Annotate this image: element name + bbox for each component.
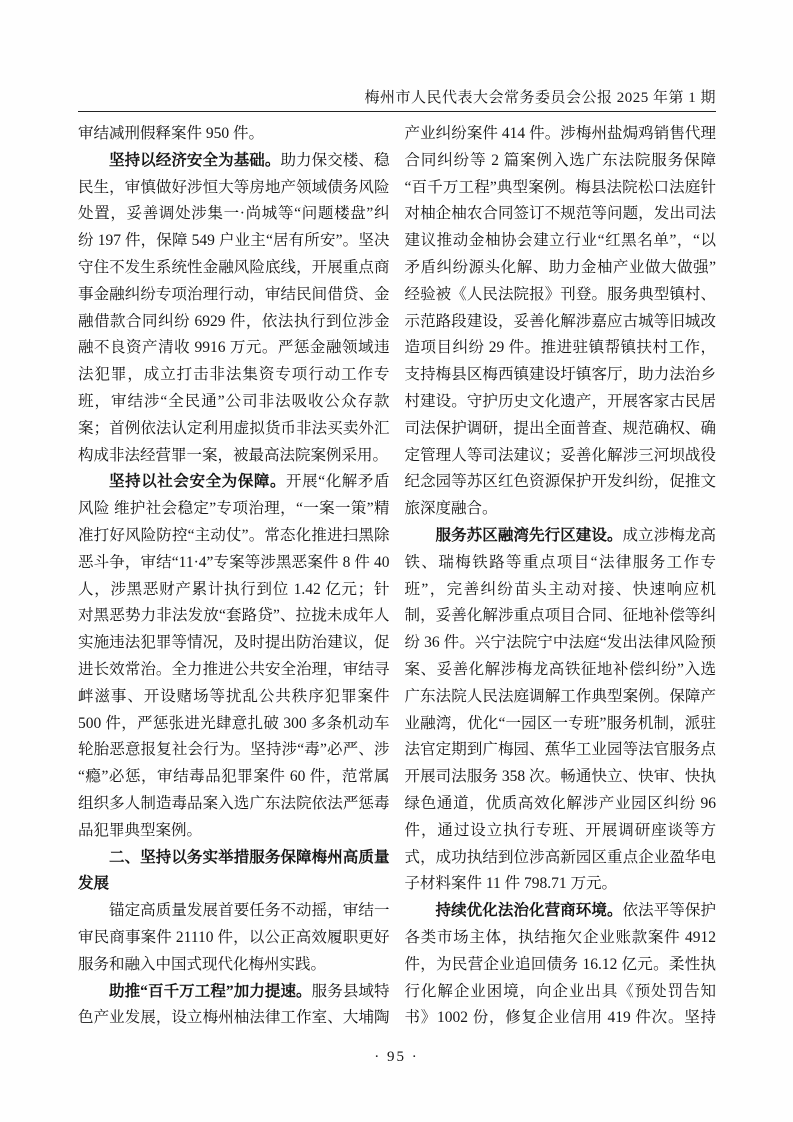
paragraph-lead: 坚持以社会安全为保障。: [109, 473, 286, 490]
section-heading: 二、坚持以务实举措服务保障梅州高质量发展: [78, 845, 390, 899]
paragraph: 助推“百千万工程”加力提速。服务县域特色产业发展，设立梅州柚法律工作室、大埔陶瓷…: [78, 979, 390, 1034]
gazette-page: 梅州市人民代表大会常务委员会公报 2025 年第 1 期 审结减刑假释案件 95…: [0, 0, 793, 1122]
paragraph-text: 助力保交楼、稳民生，审慎做好涉恒大等房地产领域债务风险处置，妥善调处涉集一·尚城…: [78, 152, 390, 464]
paragraph-text: 产业纠纷案件 414 件。涉梅州盐焗鸡销售代理合同纠纷等 2 篇案例入选广东法院…: [405, 125, 717, 517]
paragraph: 产业纠纷案件 414 件。涉梅州盐焗鸡销售代理合同纠纷等 2 篇案例入选广东法院…: [405, 121, 717, 523]
paragraph-lead: 助推“百千万工程”加力提速。: [109, 983, 312, 1000]
paragraph-text: 审结减刑假释案件 950 件。: [78, 125, 264, 142]
paragraph-text: 依法平等保护各类市场主体，执结拖欠企业账款案件 4912 件，为民营企业追回债务…: [405, 902, 717, 1033]
paragraph: 审结减刑假释案件 950 件。: [78, 121, 390, 148]
paragraph-lead: 服务苏区融湾先行区建设。: [436, 527, 623, 544]
paragraph-lead: 持续优化法治化营商环境。: [436, 902, 623, 919]
paragraph: 服务苏区融湾先行区建设。成立涉梅龙高铁、瑞梅铁路等重点项目“法律服务工作专班”，…: [405, 523, 717, 898]
paragraph: 坚持以经济安全为基础。助力保交楼、稳民生，审慎做好涉恒大等房地产领域债务风险处置…: [78, 148, 390, 470]
paragraph-lead: 坚持以经济安全为基础。: [109, 152, 280, 169]
paragraph-text: 开展“化解矛盾风险 维护社会稳定”专项治理，“一案一策”精准打好风险防控“主动仗…: [78, 473, 390, 838]
paragraph: 锚定高质量发展首要任务不动摇，审结一审民商事案件 21110 件，以公正高效履职…: [78, 898, 390, 978]
page-number: · 95 ·: [0, 1049, 793, 1066]
page-body: 审结减刑假释案件 950 件。 坚持以经济安全为基础。助力保交楼、稳民生，审慎做…: [78, 121, 716, 1033]
paragraph: 持续优化法治化营商环境。依法平等保护各类市场主体，执结拖欠企业账款案件 4912…: [405, 898, 717, 1033]
paragraph: 坚持以社会安全为保障。开展“化解矛盾风险 维护社会稳定”专项治理，“一案一策”精…: [78, 469, 390, 844]
right-column: 产业纠纷案件 414 件。涉梅州盐焗鸡销售代理合同纠纷等 2 篇案例入选广东法院…: [405, 121, 717, 1033]
left-column: 审结减刑假释案件 950 件。 坚持以经济安全为基础。助力保交楼、稳民生，审慎做…: [78, 121, 390, 1033]
header-rule: [78, 111, 716, 112]
paragraph-lead: 二、坚持以务实举措服务保障梅州高质量发展: [78, 849, 390, 893]
paragraph-text: 锚定高质量发展首要任务不动摇，审结一审民商事案件 21110 件，以公正高效履职…: [78, 902, 390, 973]
paragraph-text: 成立涉梅龙高铁、瑞梅铁路等重点项目“法律服务工作专班”，完善纠纷苗头主动对接、快…: [405, 527, 717, 892]
page-header-title: 梅州市人民代表大会常务委员会公报 2025 年第 1 期: [78, 86, 716, 107]
